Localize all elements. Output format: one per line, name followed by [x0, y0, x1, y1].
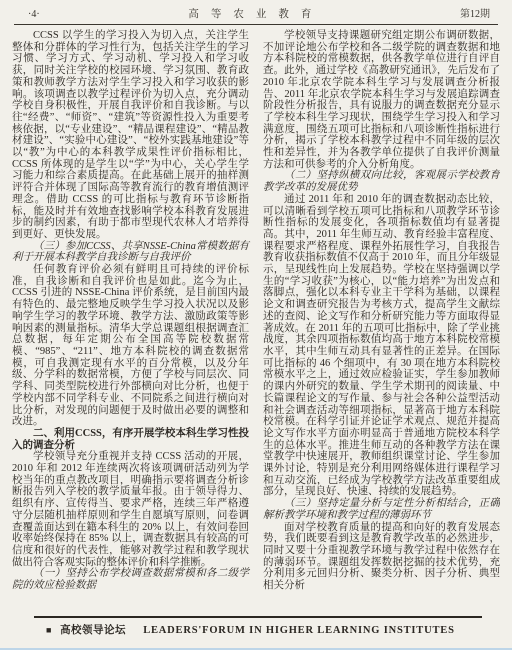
paragraph: 面对学校教育质量的提高和向好的教育发展态势，我们既要看到这是教育教学改革的必然进…: [263, 522, 500, 592]
paragraph: 任何教育评价必须有鲜明且可持续的评价标准，自我诊断和自我评价也是如此。迄今为止，…: [12, 264, 249, 428]
paragraph: 学校领导充分重视并支持 CCSS 活动的开展，2010 年和 2012 年连续两…: [12, 451, 249, 568]
article-body: CCSS 以学生的学习投入为切入点，关注学生整体和分群体的学习性行为，包括关注学…: [12, 25, 500, 615]
page-footer: ■ 高校领导论坛 LEADERS'FORUM IN HIGHER LEARNIN…: [0, 616, 512, 650]
section-subheading: （三）坚持定量分析与定性分析相结合，正确解析教学环境和教学过程的薄弱环节: [263, 498, 500, 521]
paragraph: 通过 2011 年和 2010 年的调查数据动态比较，可以清晰看到学校五项可比指…: [263, 194, 500, 498]
section-subheading: （三）参加CCSS、共享NSSE-China常模数据有利于开展本科教学自我诊断与…: [12, 241, 249, 264]
issue-number: 第12期: [460, 5, 490, 20]
section-heading: 二、利用CCSS，有序开展学校本科生学习性投入的调查分析: [12, 428, 249, 451]
journal-page: ·4· 高等农业教育 第12期 CCSS 以学生的学习投入为切入点，关注学生整体…: [0, 0, 512, 650]
footer-section-title-en: LEADERS'FORUM IN HIGHER LEARNING INSTITU…: [143, 625, 455, 636]
square-bullet-icon: ■: [46, 625, 52, 635]
left-column: CCSS 以学生的学习投入为切入点，关注学生整体和分群体的学习性行为，包括关注学…: [12, 30, 249, 615]
section-subheading: （二）坚持纵横双向比较，客观展示学校教育教学改革的发展优势: [263, 170, 500, 193]
page-number: ·4·: [28, 9, 40, 20]
footer-banner: ■ 高校领导论坛 LEADERS'FORUM IN HIGHER LEARNIN…: [0, 618, 512, 637]
right-column: 学校领导支持课题研究组定期公布调研数据，不加评论地公布学校和各二级学院的调查数据…: [263, 30, 500, 615]
paragraph: CCSS 以学生的学习投入为切入点，关注学生整体和分群体的学习性行为，包括关注学…: [12, 30, 249, 241]
page-header: ·4· 高等农业教育 第12期: [12, 3, 500, 24]
section-subheading: （一）坚持公布学校调查数据常模和各二级学院的效应检验数据: [12, 568, 249, 591]
journal-title: 高等农业教育: [176, 6, 323, 21]
footer-section-title-cn: 高校领导论坛: [60, 625, 126, 636]
paragraph: 学校领导支持课题研究组定期公布调研数据，不加评论地公布学校和各二级学院的调查数据…: [263, 30, 500, 170]
